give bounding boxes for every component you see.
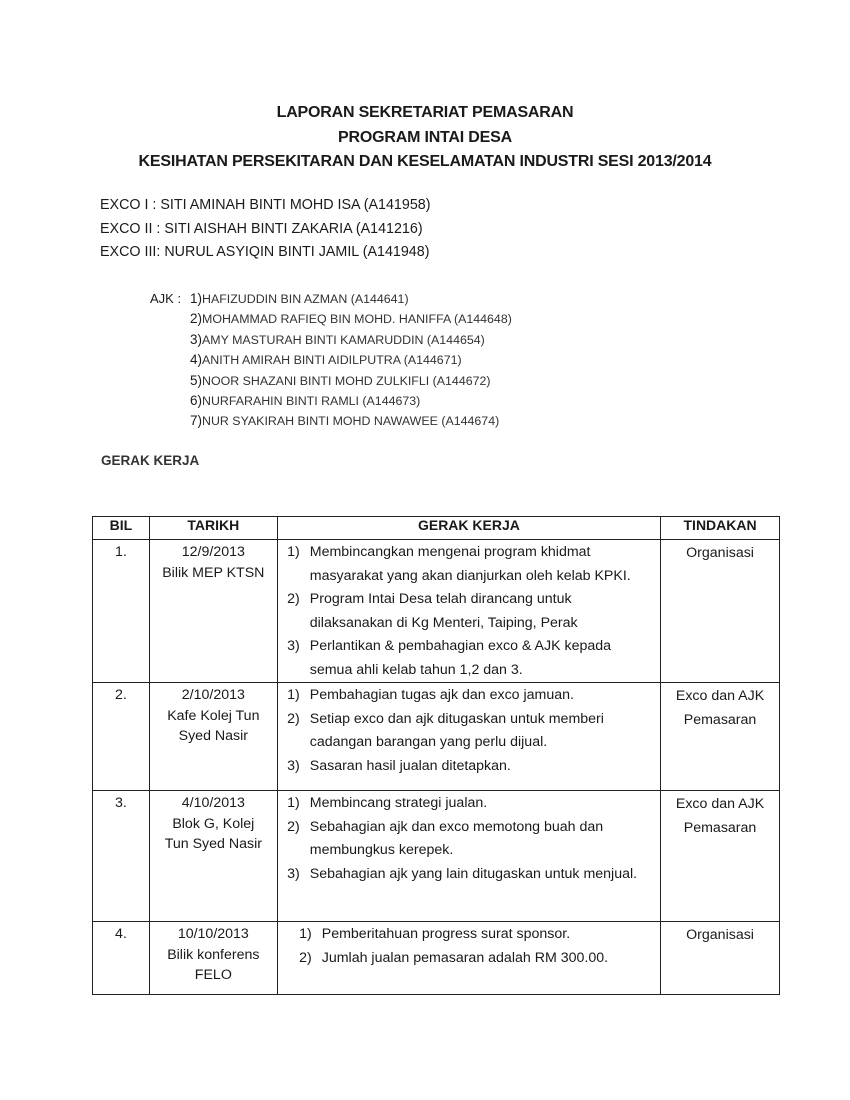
ajk-label [150,350,190,370]
work-item: 2)Sebahagian ajk dan exco memotong buah … [278,816,656,863]
cell-bil: 2. [93,683,150,791]
place-text: FELO [150,965,277,986]
item-number: 2) [278,588,310,635]
action-text: Organisasi [661,924,779,948]
table-header-row: BIL TARIKH GERAK KERJA TINDAKAN [93,517,780,540]
cell-tindakan: Exco dan AJKPemasaran [661,791,780,922]
header-gerak-kerja: GERAK KERJA [277,517,660,540]
ajk-number: 1) [190,289,202,309]
title-line-2: PROGRAM INTAI DESA [0,126,850,151]
item-text: Membincangkan mengenai program khidmat m… [310,541,656,588]
cell-tindakan: Exco dan AJKPemasaran [661,683,780,791]
work-item: 1)Membincangkan mengenai program khidmat… [278,541,656,588]
item-number: 3) [278,863,310,887]
ajk-label [150,371,190,391]
item-number: 2) [278,708,310,755]
item-number: 3) [278,755,310,779]
cell-tarikh: 12/9/2013Bilik MEP KTSN [149,540,277,683]
action-text: Organisasi [661,542,779,566]
ajk-member: 4)ANITH AMIRAH BINTI AIDILPUTRA (A144671… [150,350,512,370]
title-line-1: LAPORAN SEKRETARIAT PEMASARAN [0,101,850,126]
ajk-member: 2)MOHAMMAD RAFIEQ BIN MOHD. HANIFFA (A14… [150,309,512,329]
place-text: Tun Syed Nasir [150,834,277,855]
ajk-member: AJK :1)HAFIZUDDIN BIN AZMAN (A144641) [150,289,512,309]
ajk-name: ANITH AMIRAH BINTI AIDILPUTRA (A144671) [202,350,462,370]
cell-gerak-kerja: 1)Membincang strategi jualan.2)Sebahagia… [277,791,660,922]
ajk-member: 5)NOOR SHAZANI BINTI MOHD ZULKIFLI (A144… [150,371,512,391]
ajk-name: NURFARAHIN BINTI RAMLI (A144673) [202,391,420,411]
date-text: 10/10/2013 [150,924,277,945]
item-number: 3) [278,635,310,682]
work-items: 1)Membincangkan mengenai program khidmat… [278,540,660,682]
table-row: 2.2/10/2013Kafe Kolej TunSyed Nasir1)Pem… [93,683,780,791]
table-row: 4.10/10/2013Bilik konferensFELO1)Pemberi… [93,922,780,995]
ajk-member: 7)NUR SYAKIRAH BINTI MOHD NAWAWEE (A1446… [150,411,512,431]
item-text: Perlantikan & pembahagian exco & AJK kep… [310,635,656,682]
item-text: Pemberitahuan progress surat sponsor. [322,923,570,947]
ajk-number: 6) [190,391,202,411]
place-text: Bilik MEP KTSN [150,563,277,584]
item-number: 1) [278,541,310,588]
cell-gerak-kerja: 1)Pembahagian tugas ajk dan exco jamuan.… [277,683,660,791]
action-text: Exco dan AJK [661,685,779,709]
cell-tarikh: 4/10/2013Blok G, KolejTun Syed Nasir [149,791,277,922]
work-item: 3)Perlantikan & pembahagian exco & AJK k… [278,635,656,682]
date-text: 2/10/2013 [150,685,277,706]
ajk-label [150,309,190,329]
item-number: 1) [278,684,310,708]
ajk-name: AMY MASTURAH BINTI KAMARUDDIN (A144654) [202,330,485,350]
item-text: Program Intai Desa telah dirancang untuk… [310,588,656,635]
section-heading: GERAK KERJA [101,453,199,468]
place-text: Blok G, Kolej [150,814,277,835]
cell-bil: 1. [93,540,150,683]
cell-bil: 4. [93,922,150,995]
ajk-member: 6)NURFARAHIN BINTI RAMLI (A144673) [150,391,512,411]
item-number: 1) [278,923,322,947]
item-text: Sasaran hasil jualan ditetapkan. [310,755,511,779]
exco-1: EXCO I : SITI AMINAH BINTI MOHD ISA (A14… [100,194,431,218]
cell-tindakan: Organisasi [661,540,780,683]
ajk-name: MOHAMMAD RAFIEQ BIN MOHD. HANIFFA (A1446… [202,309,512,329]
item-text: Pembahagian tugas ajk dan exco jamuan. [310,684,574,708]
item-text: Sebahagian ajk dan exco memotong buah da… [310,816,656,863]
header-tindakan: TINDAKAN [661,517,780,540]
item-text: Membincang strategi jualan. [310,792,487,816]
ajk-name: NUR SYAKIRAH BINTI MOHD NAWAWEE (A144674… [202,411,499,431]
document-title: LAPORAN SEKRETARIAT PEMASARAN PROGRAM IN… [0,101,850,175]
ajk-list: AJK :1)HAFIZUDDIN BIN AZMAN (A144641)2)M… [150,289,512,432]
title-line-3: KESIHATAN PERSEKITARAN DAN KESELAMATAN I… [0,150,850,175]
action-text: Pemasaran [661,817,779,841]
work-item: 1)Membincang strategi jualan. [278,792,656,816]
ajk-label [150,330,190,350]
item-number: 1) [278,792,310,816]
item-text: Jumlah jualan pemasaran adalah RM 300.00… [322,947,608,971]
header-bil: BIL [93,517,150,540]
work-item: 1)Pemberitahuan progress surat sponsor. [278,923,656,947]
cell-gerak-kerja: 1)Membincangkan mengenai program khidmat… [277,540,660,683]
date-text: 4/10/2013 [150,793,277,814]
ajk-label [150,411,190,431]
table-row: 1.12/9/2013Bilik MEP KTSN1)Membincangkan… [93,540,780,683]
work-item: 2)Setiap exco dan ajk ditugaskan untuk m… [278,708,656,755]
ajk-number: 3) [190,330,202,350]
exco-list: EXCO I : SITI AMINAH BINTI MOHD ISA (A14… [100,194,431,265]
work-item: 3)Sebahagian ajk yang lain ditugaskan un… [278,863,656,887]
action-text: Pemasaran [661,709,779,733]
ajk-name: NOOR SHAZANI BINTI MOHD ZULKIFLI (A14467… [202,371,491,391]
cell-tindakan: Organisasi [661,922,780,995]
work-table: BIL TARIKH GERAK KERJA TINDAKAN 1.12/9/2… [92,516,780,995]
exco-2: EXCO II : SITI AISHAH BINTI ZAKARIA (A14… [100,218,431,242]
work-item: 2)Jumlah jualan pemasaran adalah RM 300.… [278,947,656,971]
ajk-number: 7) [190,411,202,431]
place-text: Syed Nasir [150,726,277,747]
ajk-label [150,391,190,411]
work-items: 1)Pemberitahuan progress surat sponsor.2… [278,922,660,970]
work-item: 1)Pembahagian tugas ajk dan exco jamuan. [278,684,656,708]
place-text: Bilik konferens [150,945,277,966]
work-item: 2)Program Intai Desa telah dirancang unt… [278,588,656,635]
action-text: Exco dan AJK [661,793,779,817]
ajk-name: HAFIZUDDIN BIN AZMAN (A144641) [202,289,409,309]
cell-bil: 3. [93,791,150,922]
cell-gerak-kerja: 1)Pemberitahuan progress surat sponsor.2… [277,922,660,995]
ajk-member: 3)AMY MASTURAH BINTI KAMARUDDIN (A144654… [150,330,512,350]
ajk-number: 4) [190,350,202,370]
cell-tarikh: 10/10/2013Bilik konferensFELO [149,922,277,995]
item-text: Setiap exco dan ajk ditugaskan untuk mem… [310,708,656,755]
item-number: 2) [278,947,322,971]
table-row: 3.4/10/2013Blok G, KolejTun Syed Nasir1)… [93,791,780,922]
exco-3: EXCO III: NURUL ASYIQIN BINTI JAMIL (A14… [100,241,431,265]
ajk-number: 2) [190,309,202,329]
work-item: 3)Sasaran hasil jualan ditetapkan. [278,755,656,779]
work-items: 1)Membincang strategi jualan.2)Sebahagia… [278,791,660,886]
work-items: 1)Pembahagian tugas ajk dan exco jamuan.… [278,683,660,778]
cell-tarikh: 2/10/2013Kafe Kolej TunSyed Nasir [149,683,277,791]
ajk-label: AJK : [150,289,190,309]
header-tarikh: TARIKH [149,517,277,540]
ajk-number: 5) [190,371,202,391]
place-text: Kafe Kolej Tun [150,706,277,727]
item-number: 2) [278,816,310,863]
item-text: Sebahagian ajk yang lain ditugaskan untu… [310,863,637,887]
date-text: 12/9/2013 [150,542,277,563]
